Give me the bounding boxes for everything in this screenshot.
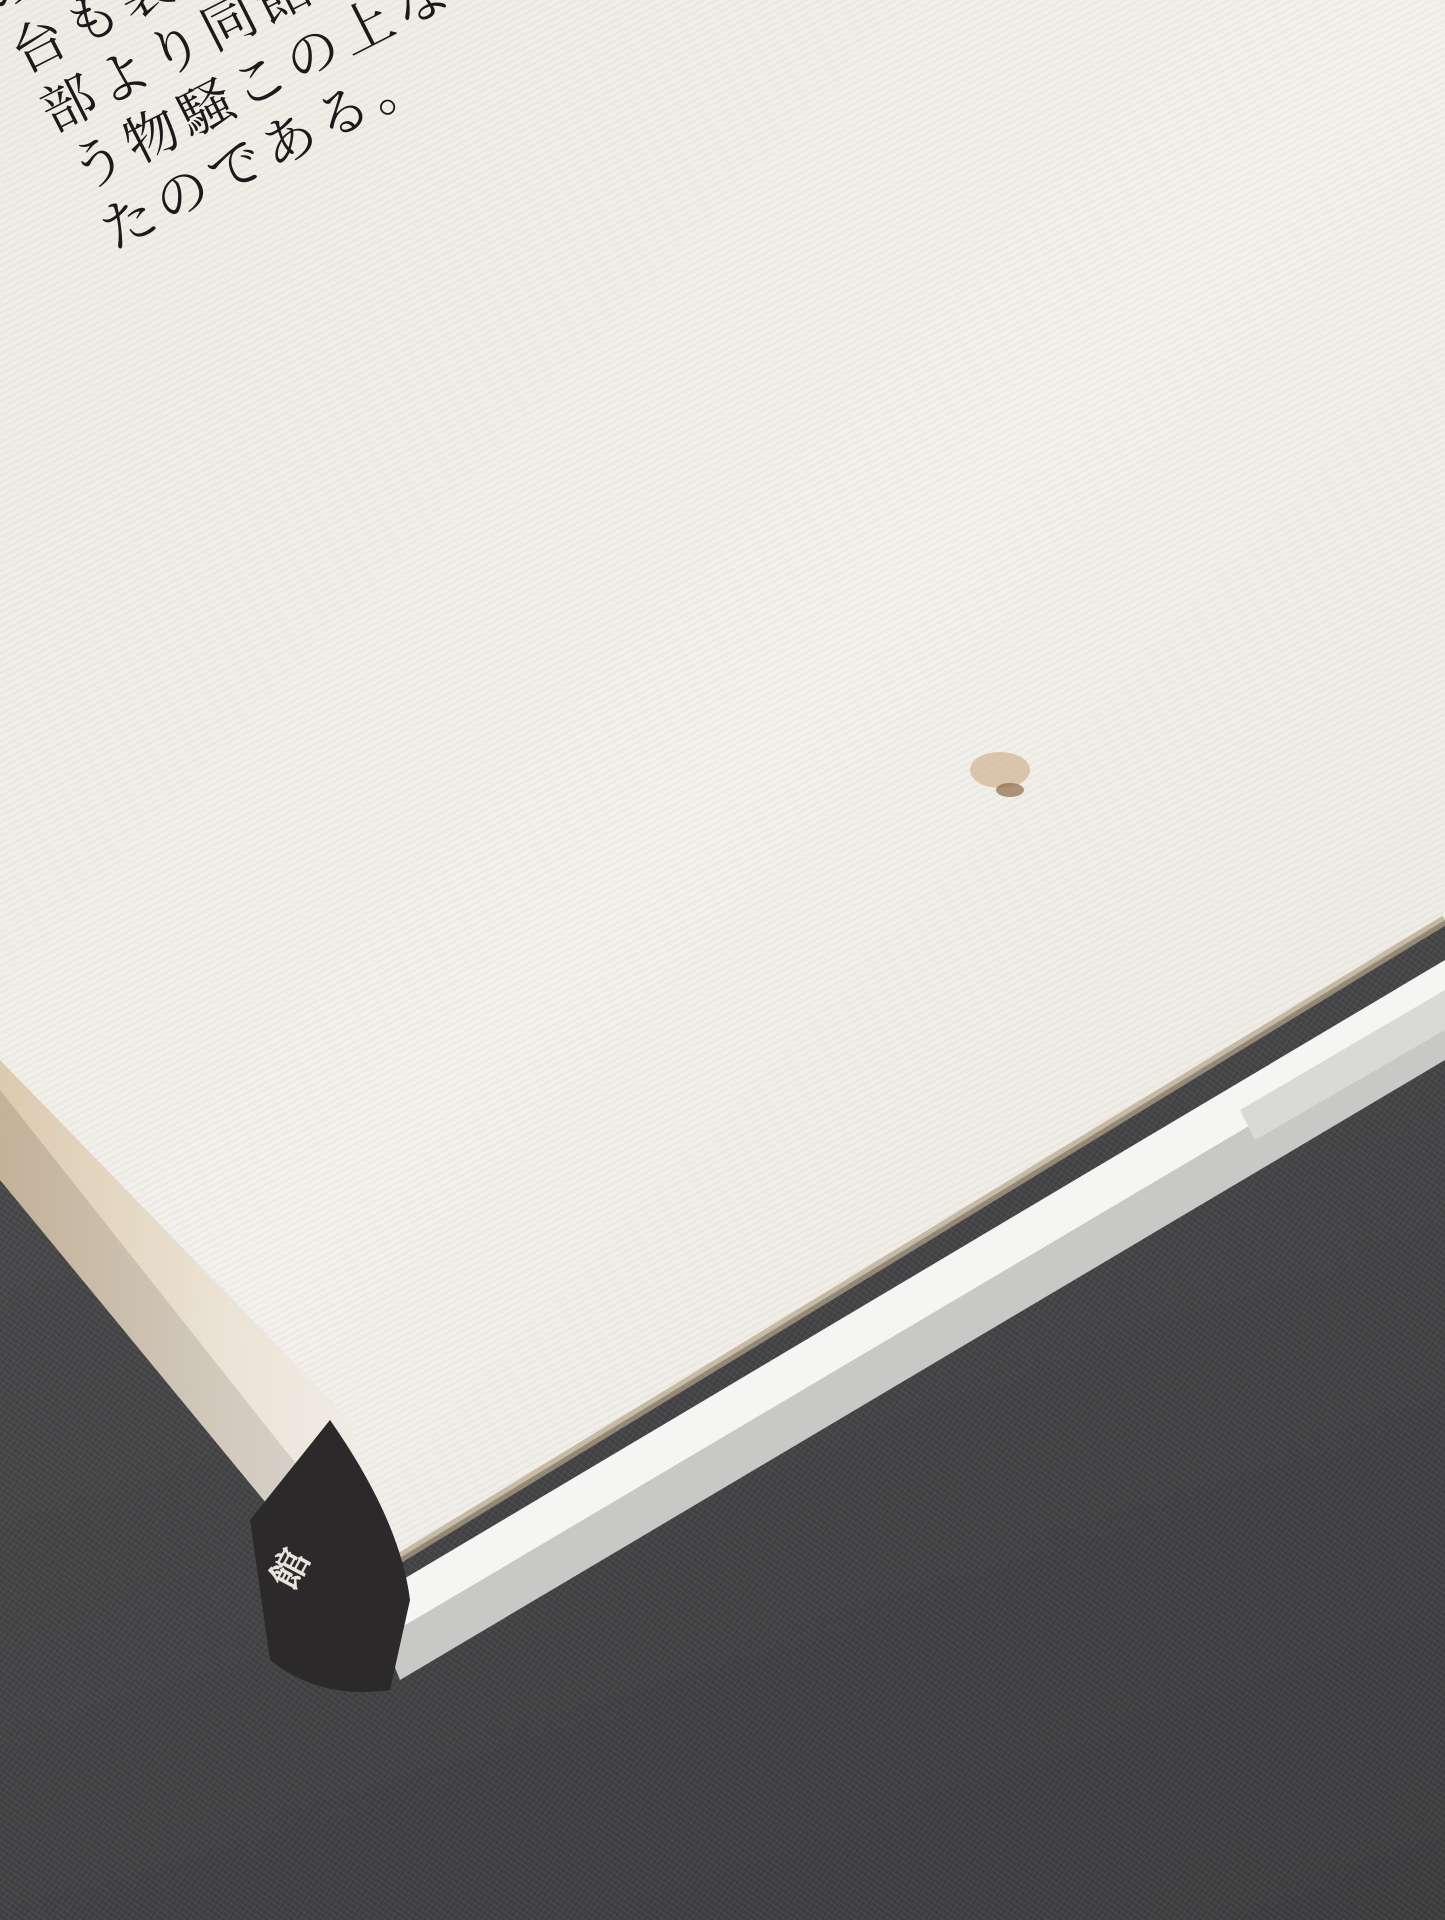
stain-mark xyxy=(970,752,1030,788)
book-illustration xyxy=(0,0,1445,1920)
photo-scene: の混乱さ 台も袋叩き 部より同館幹 う物騒この上ない情 たのである。 館 xyxy=(0,0,1445,1920)
